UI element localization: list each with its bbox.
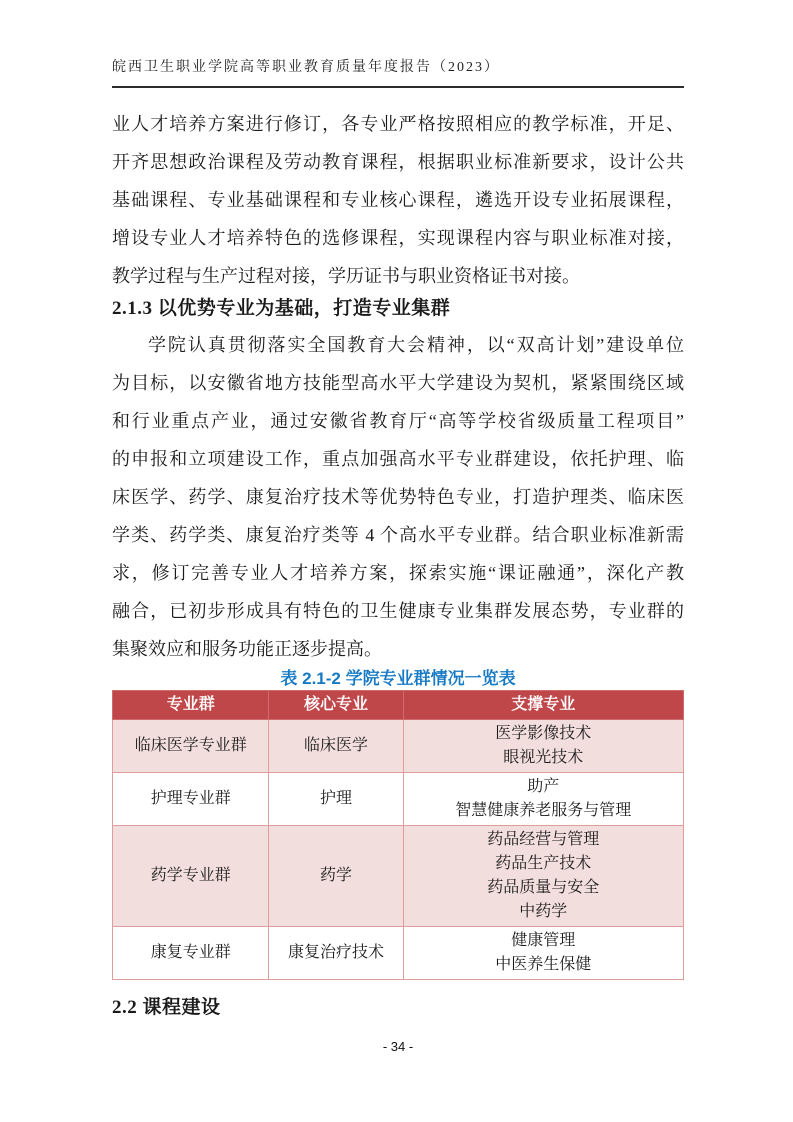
document-page: 皖西卫生职业学院高等职业教育质量年度报告（2023） 业人才培养方案进行修订，各… (0, 0, 793, 1122)
section-heading-2-1-3: 2.1.3 以优势专业为基础，打造专业集群 (112, 295, 684, 323)
paragraph-line: 基础课程、专业基础课程和专业核心课程，遴选开设专业拓展课程， (112, 181, 684, 219)
paragraph-line: 求，修订完善专业人才培养方案，探索实施“课证融通”，深化产教 (112, 554, 684, 592)
specialty-group-table: 专业群 核心专业 支撑专业 临床医学专业群 临床医学 医学影像技术 眼视光技术 … (112, 690, 684, 980)
cell-group: 临床医学专业群 (113, 720, 269, 773)
paragraph-line: 学类、药学类、康复治疗类等 4 个高水平专业群。结合职业标准新需 (112, 516, 684, 554)
table-row-clinical: 临床医学专业群 临床医学 医学影像技术 眼视光技术 (113, 720, 684, 773)
support-item: 眼视光技术 (408, 746, 679, 770)
paragraph-line: 床医学、药学、康复治疗技术等优势特色专业，打造护理类、临床医 (112, 478, 684, 516)
cell-core: 康复治疗技术 (269, 927, 403, 980)
table-caption: 表 2.1-2 学院专业群情况一览表 (112, 668, 684, 690)
cell-core: 临床医学 (269, 720, 403, 773)
support-item: 智慧健康养老服务与管理 (408, 799, 679, 823)
running-head: 皖西卫生职业学院高等职业教育质量年度报告（2023） (112, 58, 684, 88)
table-row-nursing: 护理专业群 护理 助产 智慧健康养老服务与管理 (113, 773, 684, 826)
page-number: - 34 - (112, 1038, 684, 1056)
column-header-group: 专业群 (113, 691, 269, 720)
support-item: 医学影像技术 (408, 722, 679, 746)
support-item: 药品生产技术 (408, 852, 679, 876)
table-header-row: 专业群 核心专业 支撑专业 (113, 691, 684, 720)
cell-group: 护理专业群 (113, 773, 269, 826)
table-row-pharmacy: 药学专业群 药学 药品经营与管理 药品生产技术 药品质量与安全 中药学 (113, 826, 684, 927)
paragraph-specialty-clusters: 学院认真贯彻落实全国教育大会精神，以“双高计划”建设单位 为目标，以安徽省地方技… (112, 326, 684, 668)
paragraph-line: 开齐思想政治课程及劳动教育课程，根据职业标准新要求，设计公共 (112, 143, 684, 181)
paragraph-line: 学院认真贯彻落实全国教育大会精神，以“双高计划”建设单位 (112, 326, 684, 364)
cell-support: 药品经营与管理 药品生产技术 药品质量与安全 中药学 (403, 826, 683, 927)
paragraph-line: 业人才培养方案进行修订，各专业严格按照相应的教学标准，开足、 (112, 105, 684, 143)
cell-support: 助产 智慧健康养老服务与管理 (403, 773, 683, 826)
cell-group: 药学专业群 (113, 826, 269, 927)
cell-group: 康复专业群 (113, 927, 269, 980)
support-item: 药品质量与安全 (408, 876, 679, 900)
table-row-rehab: 康复专业群 康复治疗技术 健康管理 中医养生保健 (113, 927, 684, 980)
paragraph-line: 融合，已初步形成具有特色的卫生健康专业集群发展态势，专业群的 (112, 592, 684, 630)
support-item: 助产 (408, 775, 679, 799)
support-item: 中医养生保健 (408, 953, 679, 977)
column-header-core: 核心专业 (269, 691, 403, 720)
support-item: 药品经营与管理 (408, 828, 679, 852)
paragraph-line: 增设专业人才培养特色的选修课程，实现课程内容与职业标准对接， (112, 219, 684, 257)
cell-support: 医学影像技术 眼视光技术 (403, 720, 683, 773)
column-header-support: 支撑专业 (403, 691, 683, 720)
paragraph-line: 集聚效应和服务功能正逐步提高。 (112, 630, 684, 668)
paragraph-line: 为目标，以安徽省地方技能型高水平大学建设为契机，紧紧围绕区域 (112, 364, 684, 402)
cell-support: 健康管理 中医养生保健 (403, 927, 683, 980)
section-heading-2-2: 2.2 课程建设 (112, 994, 684, 1022)
support-item: 中药学 (408, 900, 679, 924)
support-item: 健康管理 (408, 929, 679, 953)
cell-core: 药学 (269, 826, 403, 927)
cell-core: 护理 (269, 773, 403, 826)
paragraph-line: 教学过程与生产过程对接，学历证书与职业资格证书对接。 (112, 257, 684, 295)
paragraph-line: 的申报和立项建设工作，重点加强高水平专业群建设，依托护理、临 (112, 440, 684, 478)
paragraph-line: 和行业重点产业，通过安徽省教育厅“高等学校省级质量工程项目” (112, 402, 684, 440)
paragraph-continued: 业人才培养方案进行修订，各专业严格按照相应的教学标准，开足、 开齐思想政治课程及… (112, 105, 684, 295)
